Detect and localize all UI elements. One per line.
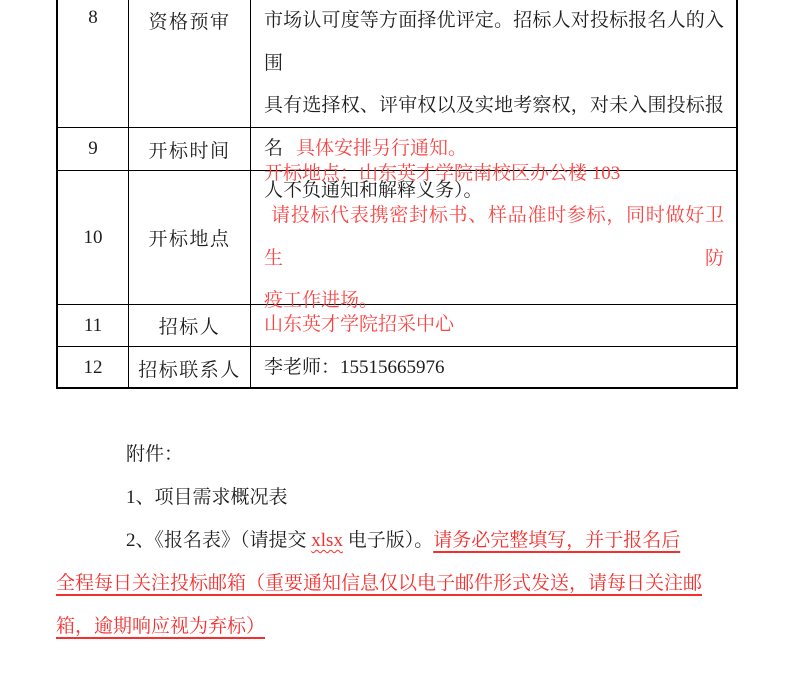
row-10-number-cell: 10 (58, 171, 129, 305)
attachment-item-2: 2、《报名表》（请提交 xlsx 电子版）。请务必完整填写，并于报名后 (56, 519, 738, 562)
row-9-number-cell: 9 (58, 128, 129, 171)
content-line: 市场认可度等方面择优评定。招标人对投标报名人的入围 (264, 0, 724, 85)
row-label: 招标联系人 (138, 355, 241, 382)
warning-text-line3: 箱，逾期响应视为弃标） (56, 605, 738, 648)
doc-table: 8 资格预审 市场认可度等方面择优评定。招标人对投标报名人的入围 具有选择权、评… (56, 0, 738, 389)
warning-text-part1: 请务必完整填写，并于报名后 (433, 530, 680, 551)
row-12-number-cell: 12 (58, 347, 129, 389)
attachments-section: 附件： 1、项目需求概况表 2、《报名表》（请提交 xlsx 电子版）。请务必完… (56, 433, 738, 648)
attachments-heading: 附件： (56, 433, 738, 476)
warning-text-line2: 全程每日关注投标邮箱（重要通知信息仅以电子邮件形式发送，请每日关注邮 (56, 562, 738, 605)
xlsx-file-label: xlsx (311, 530, 343, 551)
attachment-item-2-prefix: 2、《报名表》（请提交 (126, 530, 311, 551)
row-label: 资格预审 (148, 7, 230, 34)
row-11-number-cell: 11 (58, 305, 129, 347)
row-number: 8 (88, 7, 98, 29)
attachment-item-2-suffix: 电子版）。 (343, 530, 433, 551)
row-number: 10 (84, 227, 103, 249)
row-label: 开标时间 (148, 136, 230, 163)
row-11-content-cell: 山东英才学院招采中心 (251, 305, 736, 347)
content-line: 李老师：15515665976 (264, 347, 724, 390)
row-8-label-cell: 资格预审 (129, 0, 251, 128)
row-10-label-cell: 开标地点 (129, 171, 251, 305)
content-line: 请投标代表携密封标书、样品准时参标，同时做好卫生防 (264, 195, 724, 280)
document-page: 8 资格预审 市场认可度等方面择优评定。招标人对投标报名人的入围 具有选择权、评… (0, 0, 791, 697)
row-label: 开标地点 (148, 224, 230, 251)
row-12-label-cell: 招标联系人 (129, 347, 251, 389)
row-number: 12 (84, 357, 103, 379)
row-9-label-cell: 开标时间 (129, 128, 251, 171)
content-line: 开标地点：山东英才学院南校区办公楼 103 (264, 153, 724, 196)
row-11-label-cell: 招标人 (129, 305, 251, 347)
attachment-item-1: 1、项目需求概况表 (56, 476, 738, 519)
content-line: 山东英才学院招采中心 (264, 304, 724, 347)
row-12-content-cell: 李老师：15515665976 (251, 347, 736, 389)
row-8-content-cell: 市场认可度等方面择优评定。招标人对投标报名人的入围 具有选择权、评审权以及实地考… (251, 0, 736, 128)
row-8-number-cell: 8 (58, 0, 129, 128)
row-10-content-cell: 开标地点：山东英才学院南校区办公楼 103 请投标代表携密封标书、样品准时参标，… (251, 171, 736, 305)
row-number: 11 (84, 315, 102, 337)
row-number: 9 (88, 138, 98, 160)
row-label: 招标人 (159, 312, 221, 339)
